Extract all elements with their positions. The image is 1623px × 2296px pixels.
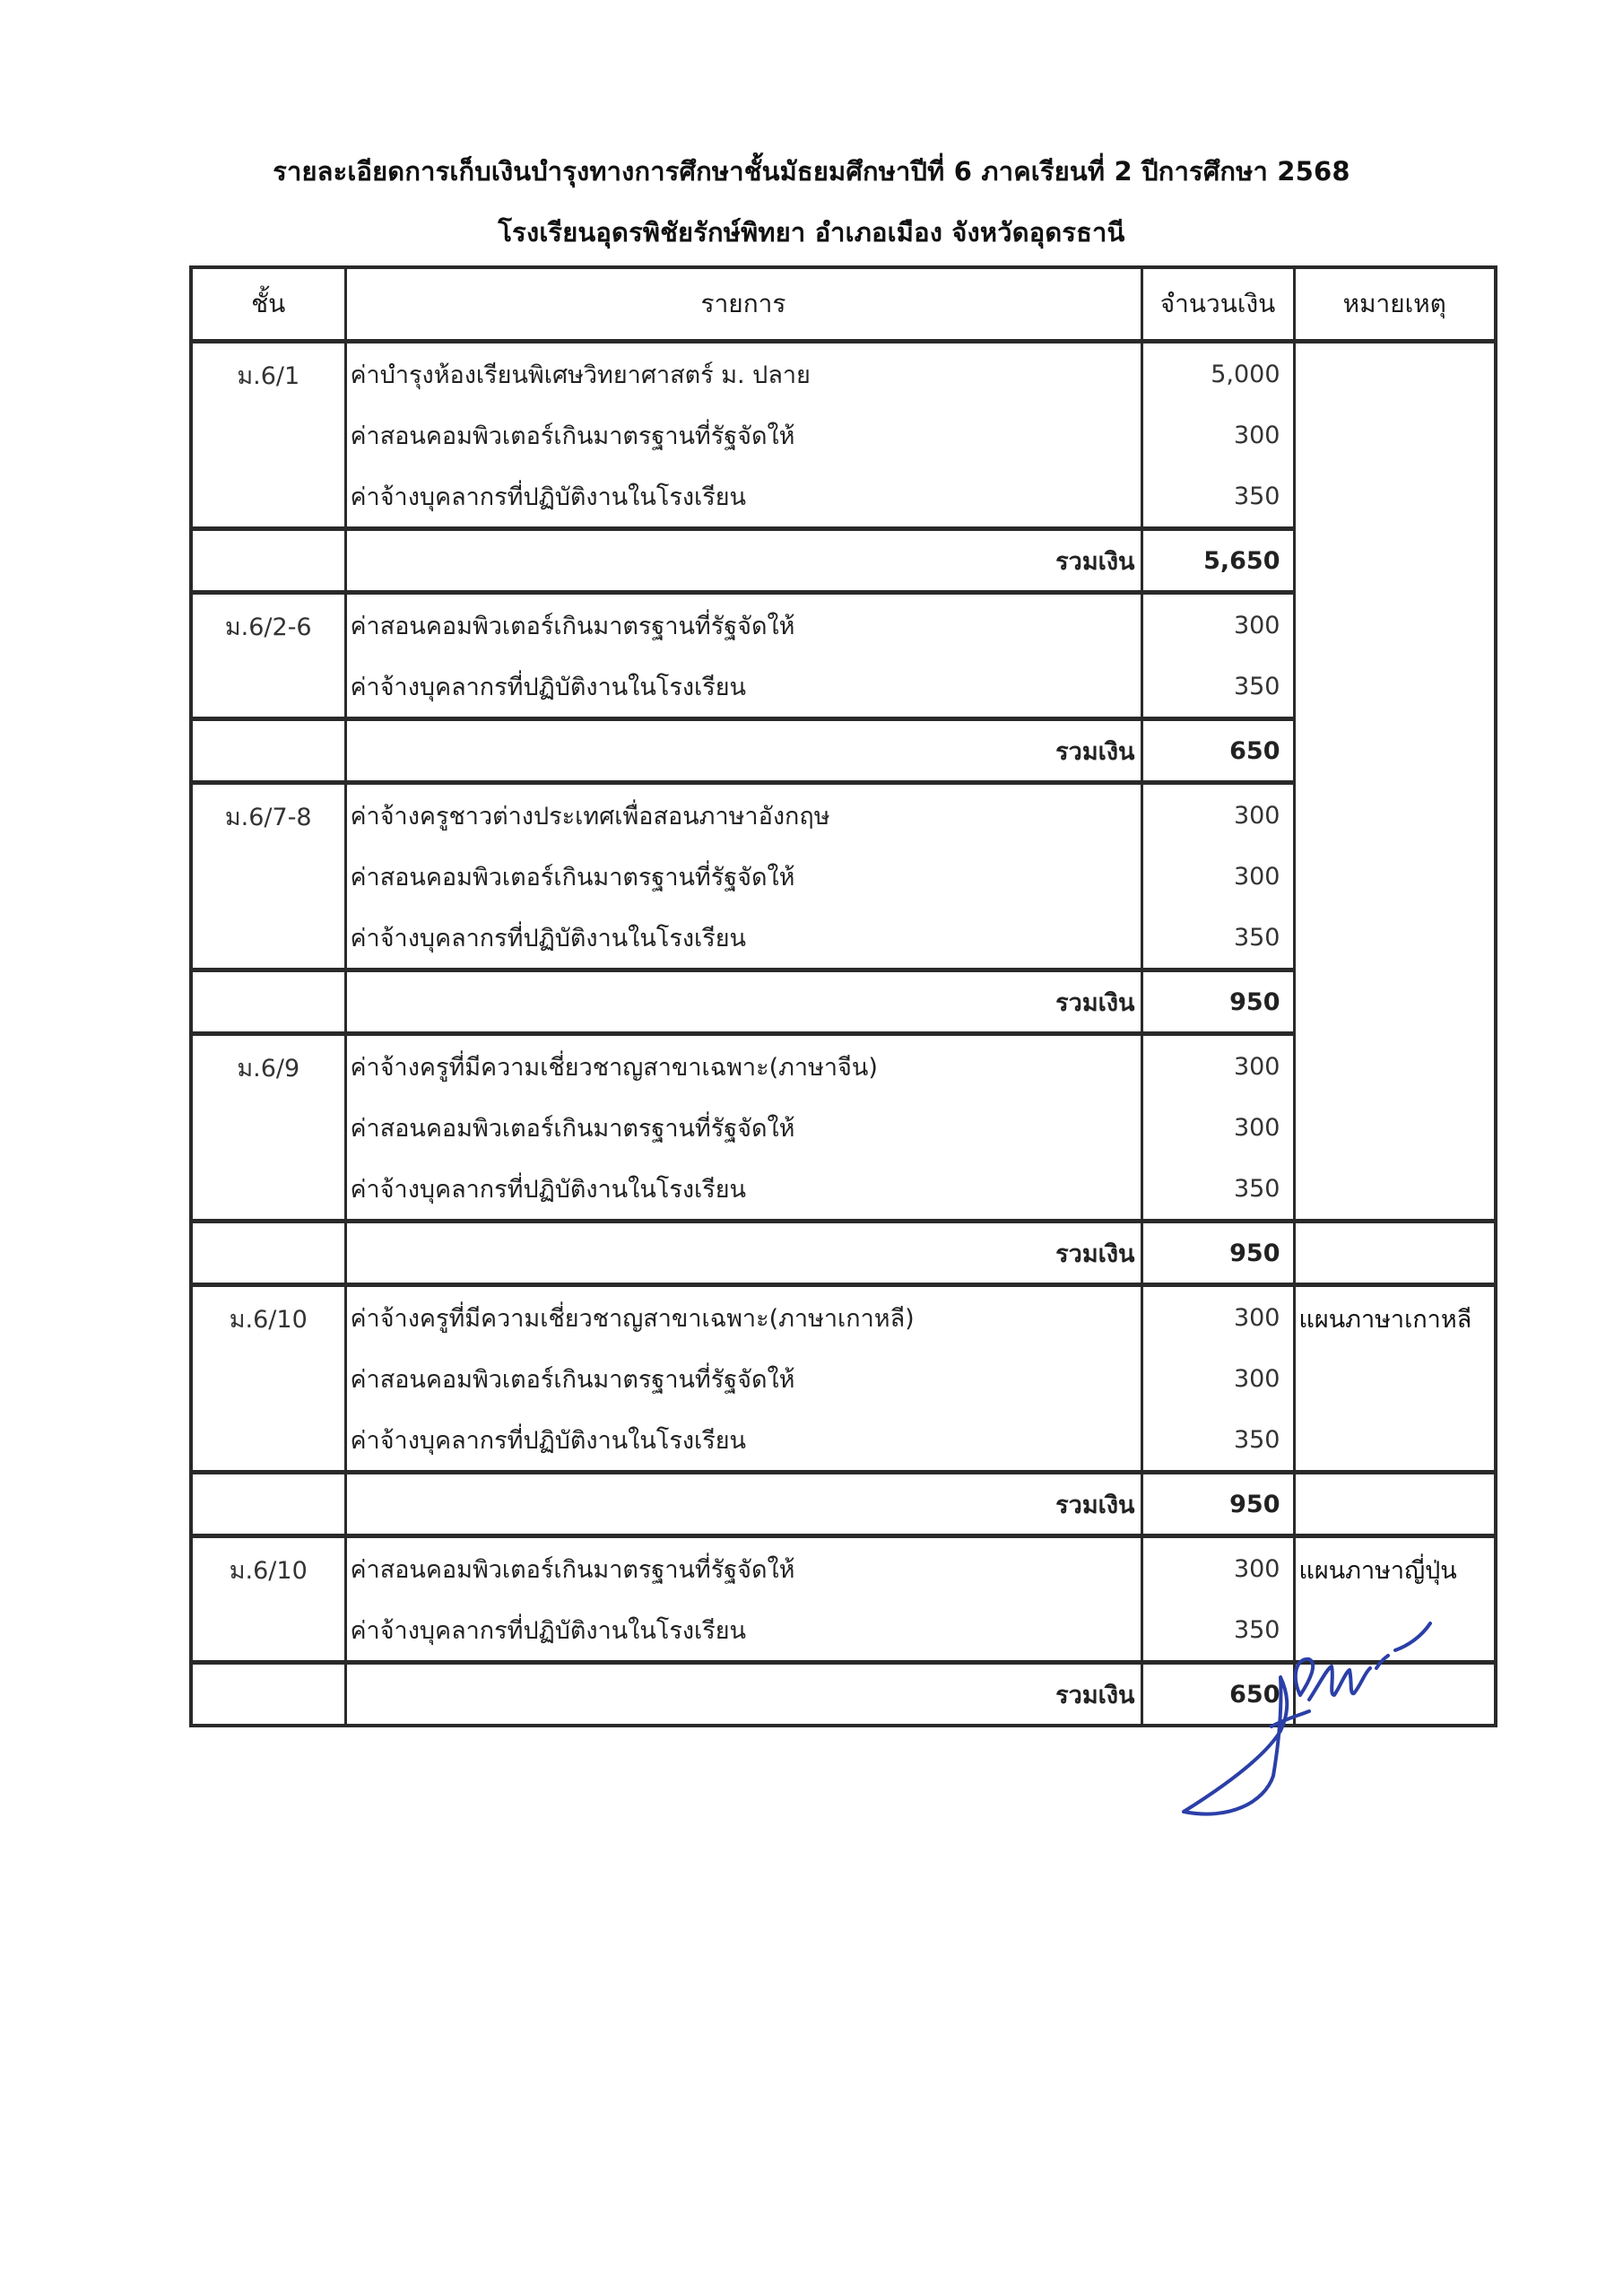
total-remark-empty — [1294, 1473, 1496, 1536]
fee-item-amount: 350 — [1141, 656, 1294, 719]
fee-item-name: ค่าจ้างบุคลากรที่ปฏิบัติงานในโรงเรียน — [345, 465, 1141, 529]
header-level: ชั้น — [191, 267, 345, 342]
fee-item-name: ค่าสอนคอมพิวเตอร์เกินมาตรฐานที่รัฐจัดให้ — [345, 1536, 1141, 1600]
total-label: รวมเงิน — [345, 1473, 1141, 1536]
fee-item-amount: 300 — [1141, 1536, 1294, 1600]
total-row: รวมเงิน950 — [191, 1473, 1496, 1536]
fee-item-amount: 300 — [1141, 593, 1294, 657]
signature — [1166, 1596, 1435, 1848]
total-level-empty — [191, 1473, 345, 1536]
total-amount: 950 — [1141, 970, 1294, 1034]
class-level: ม.6/10 — [191, 1285, 345, 1473]
total-amount: 650 — [1141, 719, 1294, 783]
total-row: รวมเงิน950 — [191, 1222, 1496, 1285]
fee-item-amount: 300 — [1141, 783, 1294, 847]
remark-cell: แผนภาษาเกาหลี — [1294, 1285, 1496, 1473]
fee-item-amount: 300 — [1141, 404, 1294, 465]
fee-item-name: ค่าจ้างบุคลากรที่ปฏิบัติงานในโรงเรียน — [345, 1158, 1141, 1222]
fee-item-amount: 300 — [1141, 1285, 1294, 1349]
fee-item-name: ค่าจ้างครูชาวต่างประเทศเพื่อสอนภาษาอังกฤ… — [345, 783, 1141, 847]
fee-item-amount: 350 — [1141, 907, 1294, 970]
class-level: ม.6/1 — [191, 342, 345, 529]
fee-item-name: ค่าสอนคอมพิวเตอร์เกินมาตรฐานที่รัฐจัดให้ — [345, 1097, 1141, 1158]
total-remark-empty — [1294, 1222, 1496, 1285]
fee-item-name: ค่าสอนคอมพิวเตอร์เกินมาตรฐานที่รัฐจัดให้ — [345, 846, 1141, 907]
header-remark: หมายเหตุ — [1294, 267, 1496, 342]
fee-item-amount: 300 — [1141, 1097, 1294, 1158]
total-level-empty — [191, 719, 345, 783]
total-level-empty — [191, 529, 345, 593]
class-level: ม.6/7-8 — [191, 783, 345, 970]
total-label: รวมเงิน — [345, 970, 1141, 1034]
fee-item-amount: 300 — [1141, 1348, 1294, 1409]
class-level: ม.6/10 — [191, 1536, 345, 1663]
total-amount: 950 — [1141, 1473, 1294, 1536]
total-label: รวมเงิน — [345, 529, 1141, 593]
total-amount: 5,650 — [1141, 529, 1294, 593]
fee-item-amount: 300 — [1141, 846, 1294, 907]
fee-table-body: ม.6/1ค่าบำรุงห้องเรียนพิเศษวิทยาศาสตร์ ม… — [191, 342, 1496, 1726]
fee-item-amount: 350 — [1141, 465, 1294, 529]
fee-item-name: ค่าสอนคอมพิวเตอร์เกินมาตรฐานที่รัฐจัดให้ — [345, 404, 1141, 465]
fee-item-amount: 350 — [1141, 1409, 1294, 1473]
total-label: รวมเงิน — [345, 1663, 1141, 1726]
class-level: ม.6/9 — [191, 1034, 345, 1222]
table-row: ม.6/10ค่าสอนคอมพิวเตอร์เกินมาตรฐานที่รัฐ… — [191, 1536, 1496, 1600]
total-label: รวมเงิน — [345, 1222, 1141, 1285]
school-name: โรงเรียนอุดรพิชัยรักษ์พิทยา อำเภอเมือง จ… — [0, 212, 1623, 253]
fee-item-name: ค่าจ้างบุคลากรที่ปฏิบัติงานในโรงเรียน — [345, 1409, 1141, 1473]
total-level-empty — [191, 970, 345, 1034]
total-level-empty — [191, 1663, 345, 1726]
fee-item-name: ค่าจ้างบุคลากรที่ปฏิบัติงานในโรงเรียน — [345, 1599, 1141, 1663]
header-item: รายการ — [345, 267, 1141, 342]
remark-cell — [1294, 342, 1496, 1222]
table-header-row: ชั้น รายการ จำนวนเงิน หมายเหตุ — [191, 267, 1496, 342]
fee-item-name: ค่าจ้างครูที่มีความเชี่ยวชาญสาขาเฉพาะ(ภา… — [345, 1034, 1141, 1098]
table-row: ม.6/1ค่าบำรุงห้องเรียนพิเศษวิทยาศาสตร์ ม… — [191, 342, 1496, 405]
fee-item-amount: 5,000 — [1141, 342, 1294, 405]
table-row: ม.6/10ค่าจ้างครูที่มีความเชี่ยวชาญสาขาเฉ… — [191, 1285, 1496, 1349]
fee-item-name: ค่าจ้างบุคลากรที่ปฏิบัติงานในโรงเรียน — [345, 907, 1141, 970]
document-title: รายละเอียดการเก็บเงินบำรุงทางการศึกษาชั้… — [0, 151, 1623, 192]
header-amount: จำนวนเงิน — [1141, 267, 1294, 342]
total-level-empty — [191, 1222, 345, 1285]
class-level: ม.6/2-6 — [191, 593, 345, 719]
fee-item-amount: 350 — [1141, 1158, 1294, 1222]
fee-item-name: ค่าจ้างครูที่มีความเชี่ยวชาญสาขาเฉพาะ(ภา… — [345, 1285, 1141, 1349]
fee-item-amount: 300 — [1141, 1034, 1294, 1098]
fee-item-name: ค่าสอนคอมพิวเตอร์เกินมาตรฐานที่รัฐจัดให้ — [345, 1348, 1141, 1409]
fee-item-name: ค่าสอนคอมพิวเตอร์เกินมาตรฐานที่รัฐจัดให้ — [345, 593, 1141, 657]
total-label: รวมเงิน — [345, 719, 1141, 783]
total-amount: 950 — [1141, 1222, 1294, 1285]
fee-item-name: ค่าจ้างบุคลากรที่ปฏิบัติงานในโรงเรียน — [345, 656, 1141, 719]
fee-item-name: ค่าบำรุงห้องเรียนพิเศษวิทยาศาสตร์ ม. ปลา… — [345, 342, 1141, 405]
fee-table: ชั้น รายการ จำนวนเงิน หมายเหตุ ม.6/1ค่าบ… — [189, 265, 1497, 1727]
